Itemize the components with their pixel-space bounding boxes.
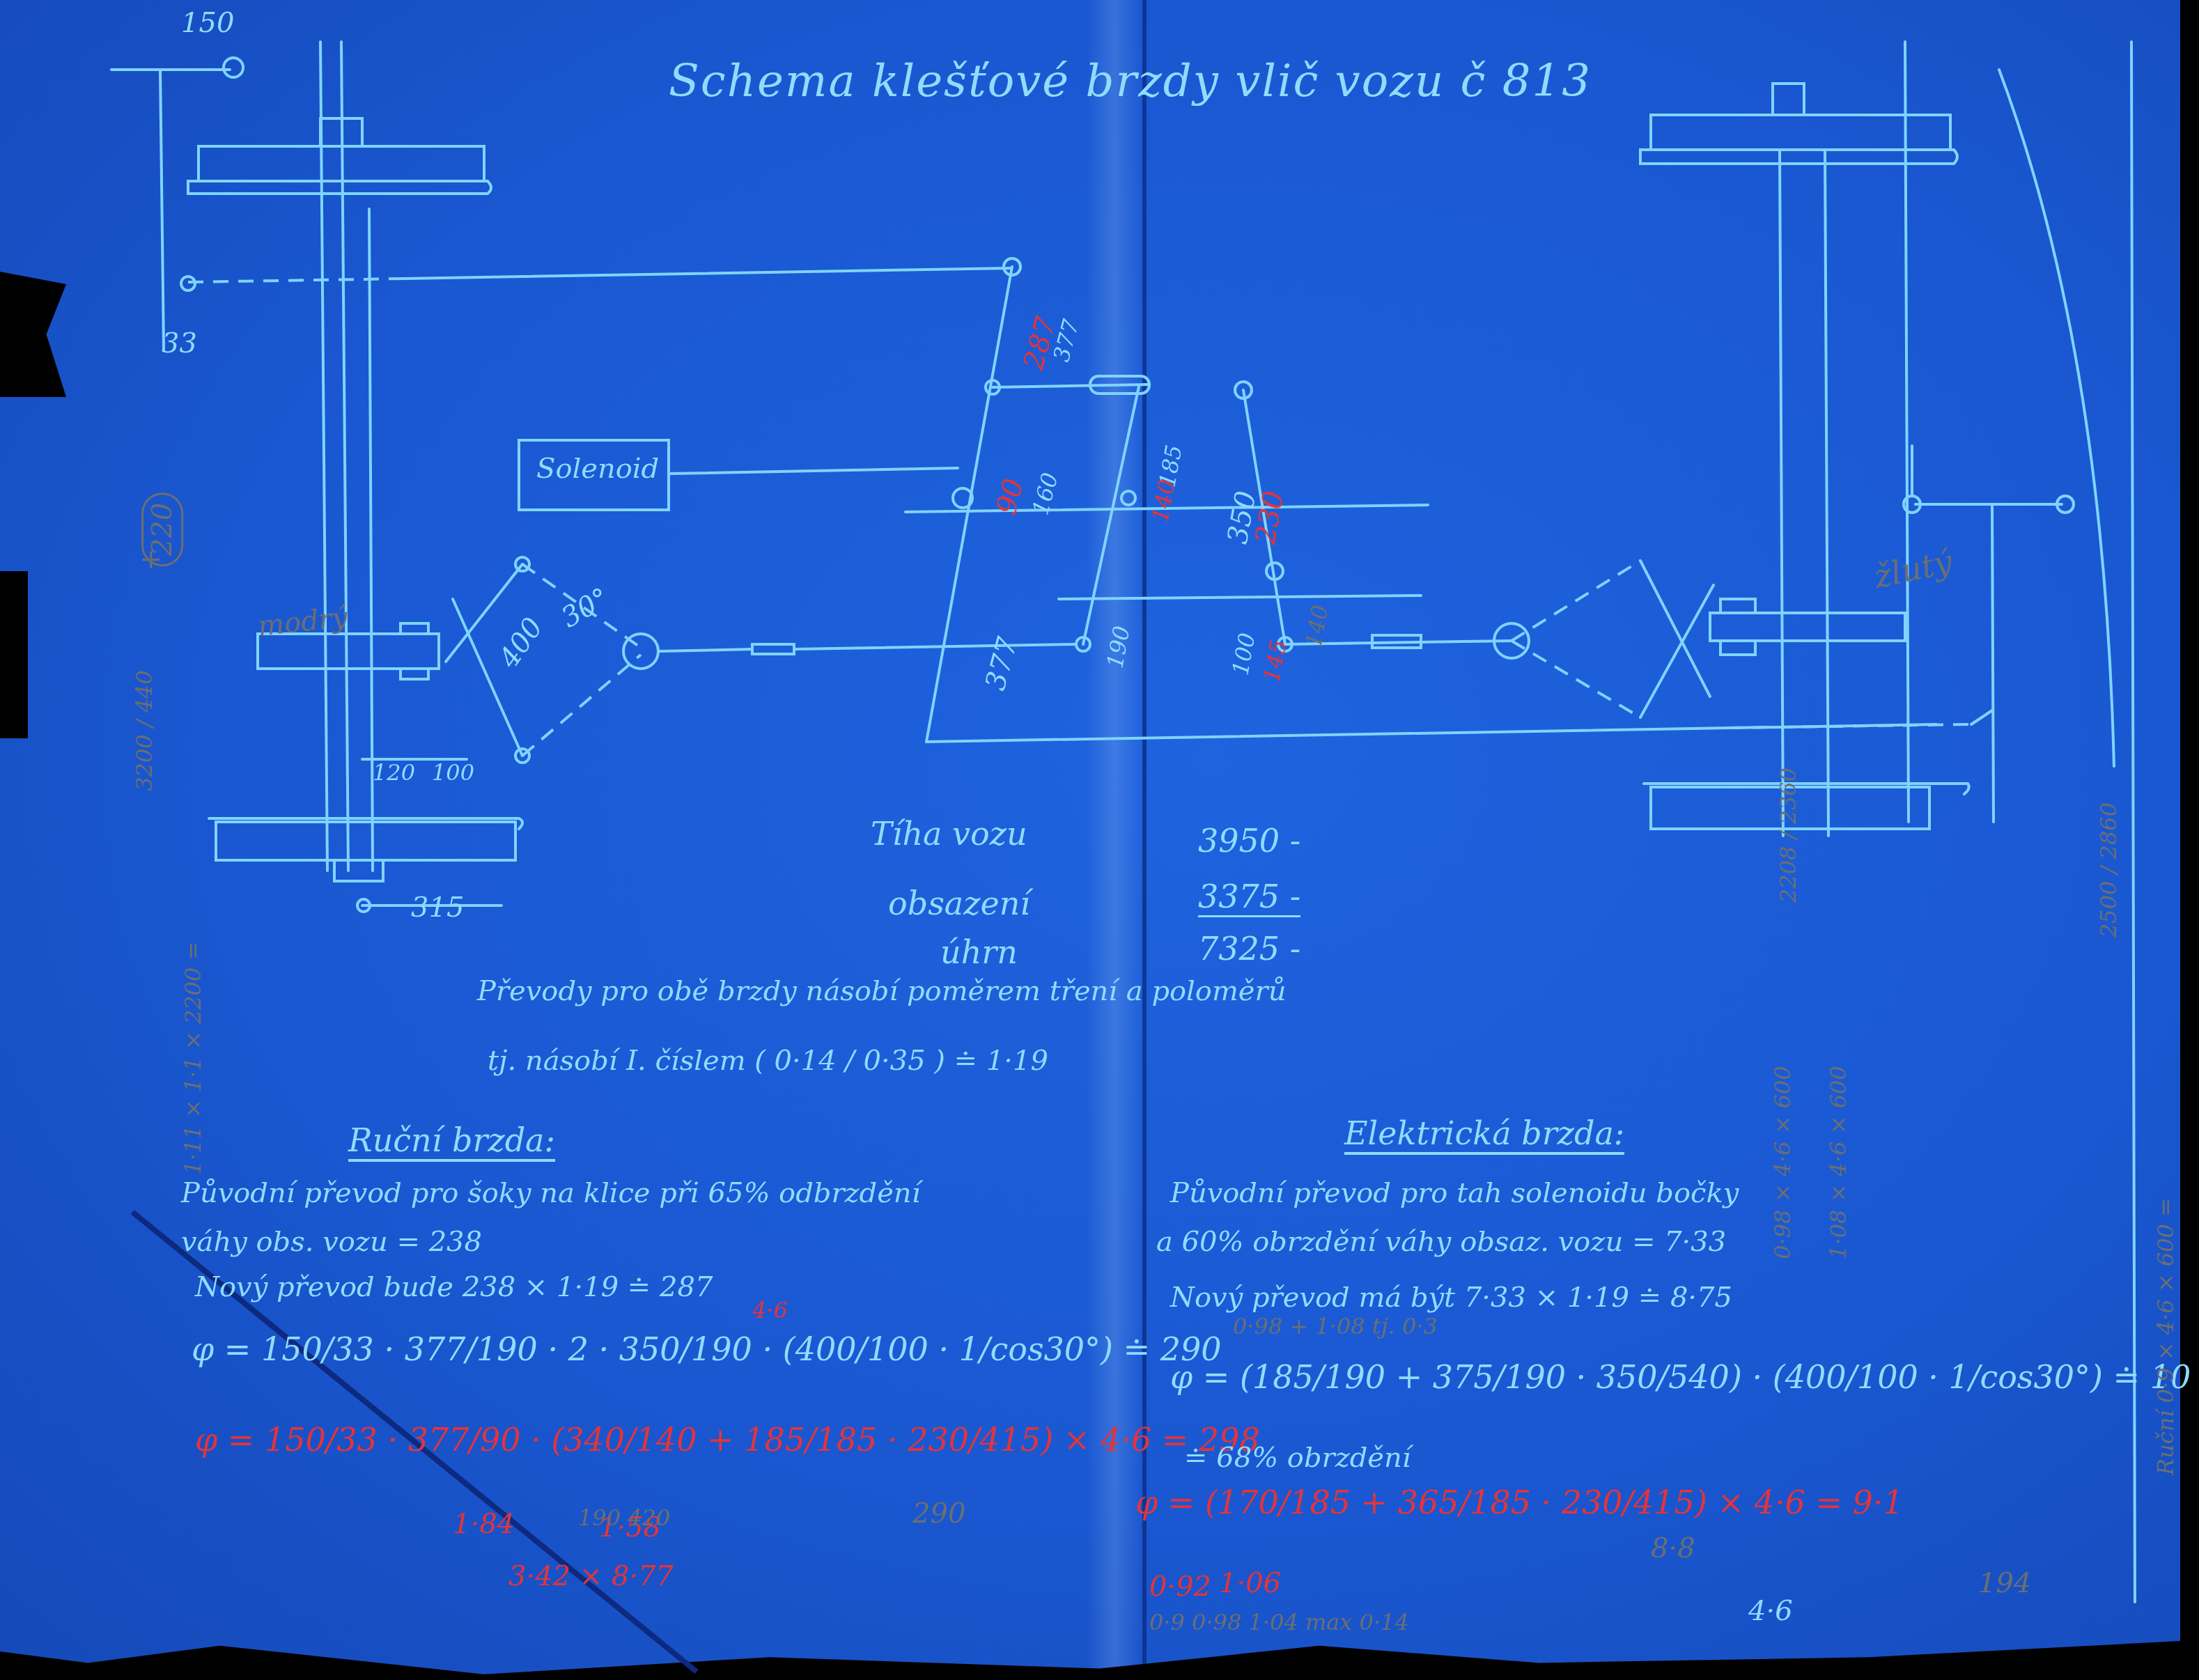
- forces-occupancy-value: 3375 -: [1198, 878, 1300, 917]
- forces-weight-value: 3950 -: [1198, 822, 1300, 860]
- dim-100: 100: [432, 759, 474, 786]
- margin-left-fraction: 3200 / 440: [131, 670, 157, 791]
- manual-brake-red-sub-1: 1·84: [453, 1508, 515, 1540]
- manual-brake-formula-white: φ = 150/33 · 377/190 · 2 · 350/190 · (40…: [192, 1330, 1222, 1368]
- electric-brake-formula-white: φ = (185/190 + 375/190 · 350/540) · (400…: [1170, 1358, 2191, 1396]
- electric-brake-pct-note: ≐ 68% obrzdění: [1184, 1442, 1411, 1474]
- margin-left-plus: +: [139, 543, 163, 575]
- electric-brake-line-1: Původní převod pro tah solenoidu bočky: [1170, 1177, 1739, 1209]
- dim-33: 33: [162, 327, 197, 359]
- solenoid-label: Solenoid: [536, 453, 659, 485]
- electric-brake-line-2: a 60% obrzdění váhy obsaz. vozu = 7·33: [1156, 1226, 1726, 1258]
- electric-brake-line-3: Nový převod má být 7·33 × 1·19 ≐ 8·75: [1170, 1282, 1732, 1314]
- manual-brake-pencil-290: 290: [912, 1498, 965, 1530]
- forces-total-label: úhrn: [940, 933, 1018, 971]
- electric-brake-pencil-194: 194: [1978, 1567, 2031, 1599]
- forces-occupancy-label: obsazení: [888, 885, 1030, 922]
- margin-right-col-3: Ruční 0·9 × 4·6 × 600 =: [2152, 1198, 2179, 1475]
- electric-brake-formula-red: φ = (170/185 + 365/185 · 230/415) × 4·6 …: [1135, 1484, 1904, 1521]
- electric-brake-pencil-above: 0·98 + 1·08 tj. 0·3: [1233, 1313, 1438, 1339]
- electric-brake-red-sub-2: 1·06: [1219, 1567, 1281, 1599]
- margin-right-col-1: 0·98 × 4·6 × 600: [1769, 1066, 1796, 1259]
- wheel-marks: 2208 / 2360: [1775, 768, 1801, 903]
- electric-brake-white-46: 4·6: [1748, 1595, 1793, 1627]
- margin-left-vertical: 1·11 × 1·1 × 2200 =: [180, 942, 206, 1175]
- note-line-2: tj. násobí I. číslem ( 0·14 / 0·35 ) ≐ 1…: [488, 1045, 1048, 1077]
- electric-brake-heading: Elektrická brzda:: [1344, 1114, 1624, 1155]
- manual-brake-line-1: Původní převod pro šoky na klice při 65%…: [181, 1177, 920, 1209]
- note-line-1: Převody pro obě brzdy násobí poměrem tře…: [477, 975, 1286, 1007]
- forces-weight-label: Tíha vozu: [871, 815, 1027, 853]
- manual-brake-pencil-sub: 190 420: [578, 1504, 670, 1531]
- electric-brake-pencil-88: 8·8: [1651, 1532, 1695, 1564]
- manual-brake-formula-red: φ = 150/33 · 377/90 · (340/140 + 185/185…: [195, 1421, 1260, 1459]
- dim-150: 150: [181, 7, 234, 39]
- dim-120: 120: [373, 759, 415, 786]
- manual-brake-red-product: 3·42 × 8·77: [508, 1560, 674, 1592]
- manual-brake-line-2: váhy obs. vozu = 238: [181, 1226, 482, 1258]
- forces-total-value: 7325 -: [1198, 930, 1300, 967]
- electric-brake-pencil-bottom: 0·9 0·98 1·04 max 0·14: [1149, 1609, 1409, 1635]
- margin-right-col-2: 1·08 × 4·6 × 600: [1825, 1066, 1851, 1259]
- dim-315: 315: [411, 892, 464, 924]
- manual-brake-line-3: Nový převod bude 238 × 1·19 ≐ 287: [195, 1271, 713, 1303]
- electric-brake-red-sub-1: 0·92: [1149, 1571, 1211, 1603]
- manual-brake-red-46: 4·6: [752, 1297, 788, 1323]
- drawing-title: Schema klešťové brzdy vlič vozu č 813: [669, 56, 1592, 107]
- margin-right-values: 2500 / 2860: [2095, 802, 2122, 938]
- manual-brake-heading: Ruční brzda:: [348, 1121, 555, 1162]
